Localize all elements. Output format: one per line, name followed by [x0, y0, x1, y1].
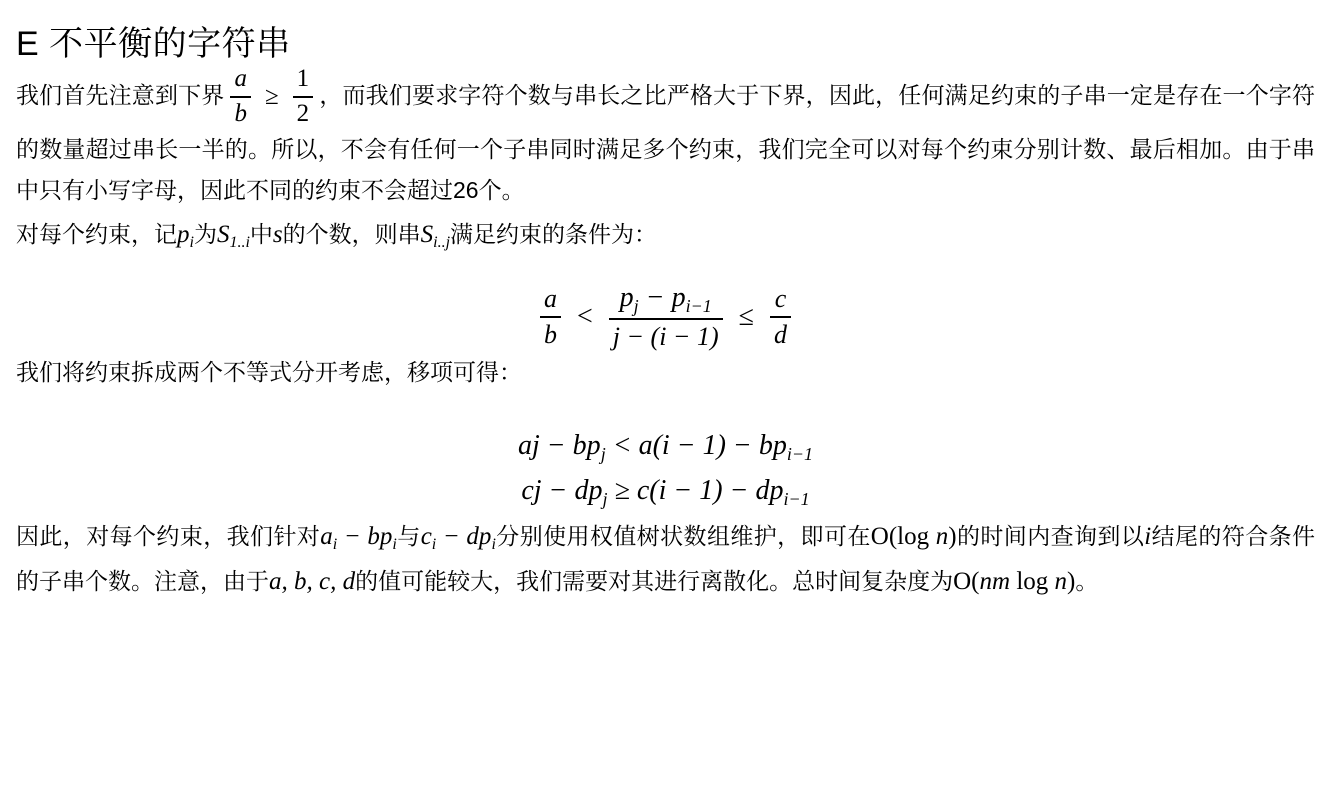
math-big-o-nm-log-n: O(	[953, 568, 979, 595]
less-than-symbol: <	[577, 301, 593, 333]
math-ci-dpi: c	[421, 523, 432, 550]
fraction-prefix-ratio: pj − pi−1j − (i − 1)	[609, 282, 723, 353]
paragraph-text: 为	[194, 221, 217, 247]
fraction-1-over-2: 12	[293, 65, 314, 129]
leq-symbol: ≤	[739, 301, 754, 333]
math-S-1-i: S	[217, 221, 230, 248]
inequality-line-2: cj − dpj ≥ c(i − 1) − dpi−1	[16, 469, 1315, 514]
paragraph-split: 我们将约束拆成两个不等式分开考虑，移项可得：	[16, 352, 1315, 394]
document: E 不平衡的字符串 我们首先注意到下界ab≥12，而我们要求字符个数与串长之比严…	[0, 16, 1331, 605]
fraction-a-over-b: ab	[540, 284, 561, 350]
geq-symbol: ≥	[265, 83, 279, 110]
math-ai-bpi: a	[320, 523, 333, 550]
inequality-line-1: aj − bpj < a(i − 1) − bpi−1	[16, 424, 1315, 469]
paragraph-text: 我们首先注意到下界	[16, 82, 224, 108]
paragraph-text: 的个数，则串	[283, 221, 421, 247]
math-p-i: p	[177, 221, 190, 248]
paragraph-text: 。	[1075, 568, 1098, 594]
paragraph-text: 对每个约束，记	[16, 221, 177, 247]
math-s: s	[273, 221, 283, 248]
paragraph-text: 分别使用权值树状数组维护，即可在	[496, 523, 871, 549]
paragraph-text: 因此，对每个约束，我们针对	[16, 523, 320, 549]
paragraph-conclusion: 因此，对每个约束，我们针对ai − bpi与ci − dpi分别使用权值树状数组…	[16, 514, 1315, 605]
math-abcd: a, b, c, d	[269, 568, 355, 595]
paragraph-text: 满足约束的条件为：	[450, 221, 657, 247]
paragraph-definition: 对每个约束，记pi为S1..i中s的个数，则串Si..j满足约束的条件为：	[16, 212, 1315, 258]
page-title: E 不平衡的字符串	[16, 16, 1315, 65]
math-S-i-j: S	[421, 221, 434, 248]
rearranged-inequalities: aj − bpj < a(i − 1) − bpi−1 cj − dpj ≥ c…	[16, 424, 1315, 514]
paragraph-text: 中	[250, 221, 273, 247]
constraint-inequality-formula: ab<pj − pi−1j − (i − 1)≤cd	[16, 282, 1315, 353]
paragraph-text: 的时间内查询到以	[957, 523, 1145, 549]
math-big-o-log-n: O(log	[871, 523, 936, 550]
paragraph-text: 的值可能较大，我们需要对其进行离散化。总时间复杂度为	[355, 568, 953, 594]
paragraph-intro: 我们首先注意到下界ab≥12，而我们要求字符个数与串长之比严格大于下界，因此，任…	[16, 65, 1315, 212]
paragraph-text: 与	[397, 523, 421, 549]
fraction-c-over-d: cd	[770, 284, 791, 350]
fraction-a-over-b: ab	[230, 65, 251, 129]
